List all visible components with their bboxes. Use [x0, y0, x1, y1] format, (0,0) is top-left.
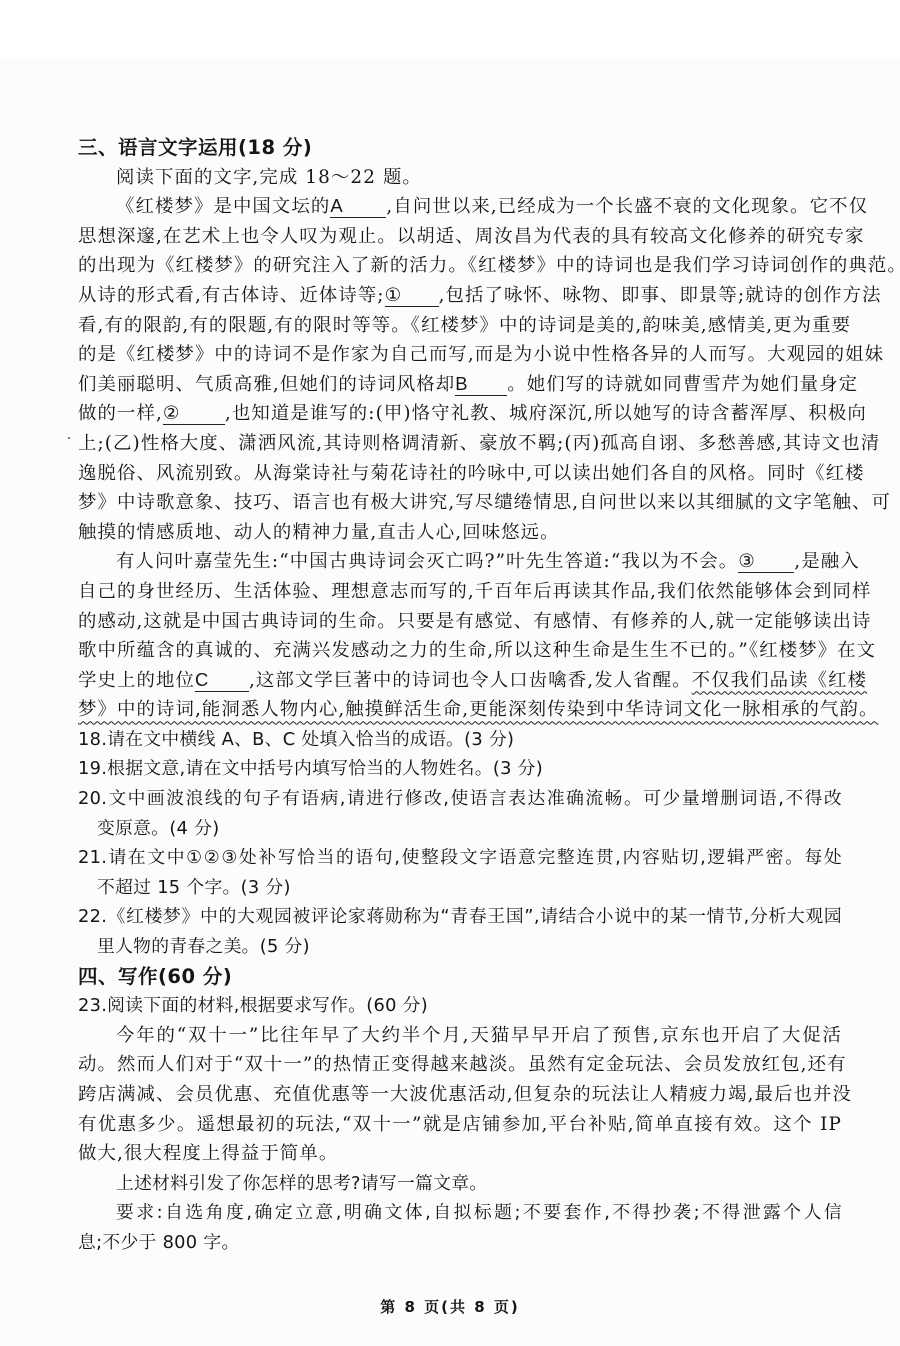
material-line: 有优惠多少。遥想最初的玩法,“双十一”就是店铺参加,平台补贴,简单直接有效。这个… — [78, 1110, 842, 1140]
passage-line: 从诗的形式看,有古体诗、近体诗等;①,包括了咏怀、咏物、即事、即景等;就诗的创作… — [78, 281, 842, 311]
writing-prompt: 上述材料引发了你怎样的思考?请写一篇文章。 — [78, 1169, 842, 1199]
writing-requirements-cont: 息;不少于 800 字。 — [78, 1228, 842, 1258]
passage-line: 有人问叶嘉莹先生:“中国古典诗词会灭亡吗?”叶先生答道:“我以为不会。③,是融入 — [78, 547, 842, 577]
passage-line: 看,有的限韵,有的限题,有的限时等等。《红楼梦》中的诗词是美的,韵味美,感情美,… — [78, 311, 842, 341]
blank-a: A — [330, 195, 386, 218]
scan-speck — [68, 437, 70, 439]
passage-line: 的感动,这就是中国古典诗词的生命。只要是有感觉、有感情、有修养的人,就一定能够读… — [78, 607, 842, 637]
section-3-instruction: 阅读下面的文字,完成 18～22 题。 — [78, 163, 842, 193]
questions-list: 18.请在文中横线 A、B、C 处填入恰当的成语。(3 分) 19.根据文意,请… — [78, 725, 842, 962]
blank-3: ③ — [738, 550, 794, 573]
passage-line: 触摸的情感质地、动人的精神力量,直击人心,回味悠远。 — [78, 518, 842, 548]
passage-line: 逸脱俗、风流别致。从海棠诗社与菊花诗社的吟咏中,可以读出她们各自的风格。同时《红… — [78, 459, 842, 489]
exam-page: 三、语言文字运用(18 分) 阅读下面的文字,完成 18～22 题。 《红楼梦》… — [78, 133, 842, 1258]
material-line: 动。然而人们对于“双十一”的热情正变得越来越淡。虽然有定金玩法、会员发放红包,还… — [78, 1050, 842, 1080]
passage-line: 自己的身世经历、生活体验、理想意志而写的,千百年后再读其作品,我们依然能够体会到… — [78, 577, 842, 607]
passage-line: 的出现为《红楼梦》的研究注入了新的活力。《红楼梦》中的诗词也是我们学习诗词创作的… — [78, 251, 842, 281]
wavy-underlined-sentence: 梦》中的诗词,能洞悉人物内心,触摸鲜活生命,更能深刻传染到中华诗词文化一脉相承的… — [78, 699, 878, 720]
section-3-heading: 三、语言文字运用(18 分) — [78, 133, 842, 163]
passage-line: 做的一样,②,也知道是谁写的:(甲)恪守礼教、城府深沉,所以她写的诗含蓄浑厚、积… — [78, 399, 842, 429]
passage-line: 歌中所蕴含的真诚的、充满兴发感动之力的生命,所以这种生命是生生不已的。”《红楼梦… — [78, 636, 842, 666]
passage-line: 《红楼梦》是中国文坛的A,自问世以来,已经成为一个长盛不衰的文化现象。它不仅 — [78, 192, 842, 222]
question-18: 18.请在文中横线 A、B、C 处填入恰当的成语。(3 分) — [78, 725, 842, 755]
material-line: 今年的“双十一”比往年早了大约半个月,天猫早早开启了预售,京东也开启了大促活 — [78, 1021, 842, 1051]
question-21-cont: 不超过 15 个字。(3 分) — [78, 873, 842, 903]
question-20-cont: 变原意。(4 分) — [78, 814, 842, 844]
blank-b: B — [455, 373, 507, 396]
question-22: 22.《红楼梦》中的大观园被评论家蒋勋称为“青春王国”,请结合小说中的某一情节,… — [78, 902, 842, 932]
passage-line: 的是《红楼梦》中的诗词不是作家为自己而写,而是为小说中性格各异的人而写。大观园的… — [78, 340, 842, 370]
material-line: 跨店满减、会员优惠、充值优惠等一大波优惠活动,但复杂的玩法让人精疲力竭,最后也并… — [78, 1080, 842, 1110]
passage-line: 们美丽聪明、气质高雅,但她们的诗词风格却B。她们写的诗就如同曹雪芹为她们量身定 — [78, 370, 842, 400]
blank-1: ① — [385, 284, 439, 307]
scan-top-margin — [0, 0, 900, 58]
question-20: 20.文中画波浪线的句子有语病,请进行修改,使语言表达准确流畅。可少量增删词语,… — [78, 784, 842, 814]
material-line: 做大,很大程度上得益于简单。 — [78, 1139, 842, 1169]
page-number: 第 8 页(共 8 页) — [0, 1296, 900, 1317]
question-21: 21.请在文中①②③处补写恰当的语句,使整段文字语意完整连贯,内容贴切,逻辑严密… — [78, 843, 842, 873]
passage-paragraph-1: 《红楼梦》是中国文坛的A,自问世以来,已经成为一个长盛不衰的文化现象。它不仅 思… — [78, 192, 842, 547]
blank-c: C — [195, 669, 249, 692]
question-19: 19.根据文意,请在文中括号内填写恰当的人物姓名。(3 分) — [78, 754, 842, 784]
writing-requirements: 要求:自选角度,确定立意,明确文体,自拟标题;不要套作,不得抄袭;不得泄露个人信 — [78, 1198, 842, 1228]
section-4-heading: 四、写作(60 分) — [78, 962, 842, 992]
passage-line: 学史上的地位C,这部文学巨著中的诗词也令人口齿噙香,发人省醒。不仅我们品读《红楼 — [78, 666, 842, 696]
blank-2: ② — [163, 402, 225, 425]
wavy-underlined-sentence: 不仅我们品读《红楼 — [692, 670, 867, 691]
writing-material: 今年的“双十一”比往年早了大约半个月,天猫早早开启了预售,京东也开启了大促活 动… — [78, 1021, 842, 1169]
question-22-cont: 里人物的青春之美。(5 分) — [78, 932, 842, 962]
question-23: 23.阅读下面的材料,根据要求写作。(60 分) — [78, 991, 842, 1021]
passage-paragraph-2: 有人问叶嘉莹先生:“中国古典诗词会灭亡吗?”叶先生答道:“我以为不会。③,是融入… — [78, 547, 842, 725]
passage-line: 思想深邃,在艺术上也令人叹为观止。以胡适、周汝昌为代表的具有较高文化修养的研究专… — [78, 222, 842, 252]
passage-line: 梦》中诗歌意象、技巧、语言也有极大讲究,写尽缱绻情思,自问世以来以其细腻的文字笔… — [78, 488, 842, 518]
passage-line: 上;(乙)性格大度、潇洒风流,其诗则格调清新、豪放不羁;(丙)孤高自诩、多愁善感… — [78, 429, 842, 459]
passage-line: 梦》中的诗词,能洞悉人物内心,触摸鲜活生命,更能深刻传染到中华诗词文化一脉相承的… — [78, 695, 842, 725]
